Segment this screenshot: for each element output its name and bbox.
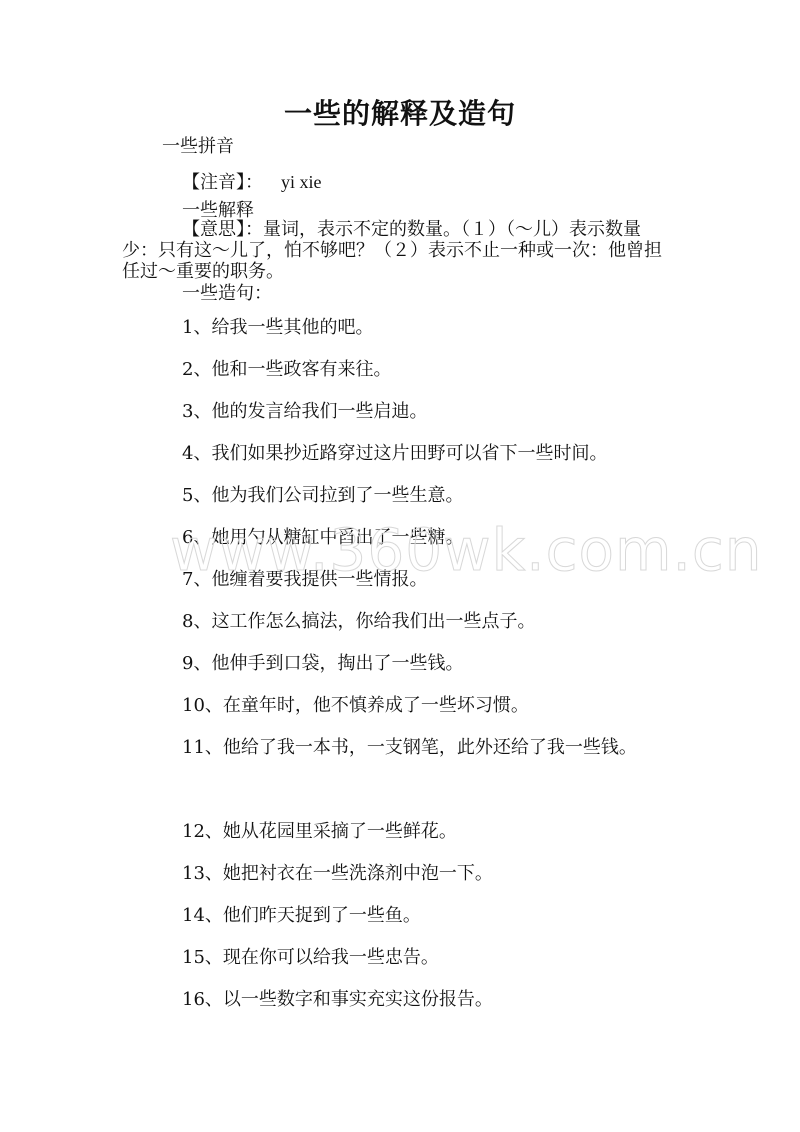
sentence-item: 3、他的发言给我们一些启迪。 bbox=[182, 401, 427, 423]
meaning-paragraph: 【意思】：量词，表示不定的数量。（１）（～儿）表示数量少：只有这～儿了，怕不够吧… bbox=[122, 219, 674, 282]
sentence-item: 16、以一些数字和事实充实这份报告。 bbox=[182, 989, 493, 1011]
page-title: 一些的解释及造句 bbox=[0, 96, 800, 132]
pinyin-section-heading: 一些拼音 bbox=[162, 136, 234, 158]
sentence-item: 8、这工作怎么搞法，你给我们出一些点子。 bbox=[182, 611, 535, 633]
sentence-item: 13、她把衬衣在一些洗涤剂中泡一下。 bbox=[182, 863, 493, 885]
sentences-section-heading: 一些造句： bbox=[182, 283, 272, 305]
sentence-item: 7、他缠着要我提供一些情报。 bbox=[182, 569, 427, 591]
zhuyin-value: yi xie bbox=[281, 172, 322, 192]
sentence-item: 2、他和一些政客有来往。 bbox=[182, 359, 391, 381]
zhuyin-label: 【注音】： bbox=[182, 172, 263, 193]
zhuyin-row: 【注音】：yi xie bbox=[182, 171, 322, 194]
sentence-item: 12、她从花园里采摘了一些鲜花。 bbox=[182, 821, 457, 843]
sentence-item: 14、他们昨天捉到了一些鱼。 bbox=[182, 905, 421, 927]
sentence-item: 15、现在你可以给我一些忠告。 bbox=[182, 947, 439, 969]
sentence-item: 1、给我一些其他的吧。 bbox=[182, 317, 373, 339]
sentence-item: 5、他为我们公司拉到了一些生意。 bbox=[182, 485, 463, 507]
sentence-item: 11、他给了我一本书，一支钢笔，此外还给了我一些钱。 bbox=[182, 737, 637, 759]
document-page: 一些的解释及造句 一些拼音 【注音】：yi xie 一些解释 【意思】：量词，表… bbox=[0, 0, 800, 1132]
sentence-item: 4、我们如果抄近路穿过这片田野可以省下一些时间。 bbox=[182, 443, 607, 465]
sentence-item: 9、他伸手到口袋，掏出了一些钱。 bbox=[182, 653, 463, 675]
sentence-item: 10、在童年时，他不慎养成了一些坏习惯。 bbox=[182, 695, 529, 717]
sentence-item: 6、她用勺从糖缸中舀出了一些糖。 bbox=[182, 527, 463, 549]
